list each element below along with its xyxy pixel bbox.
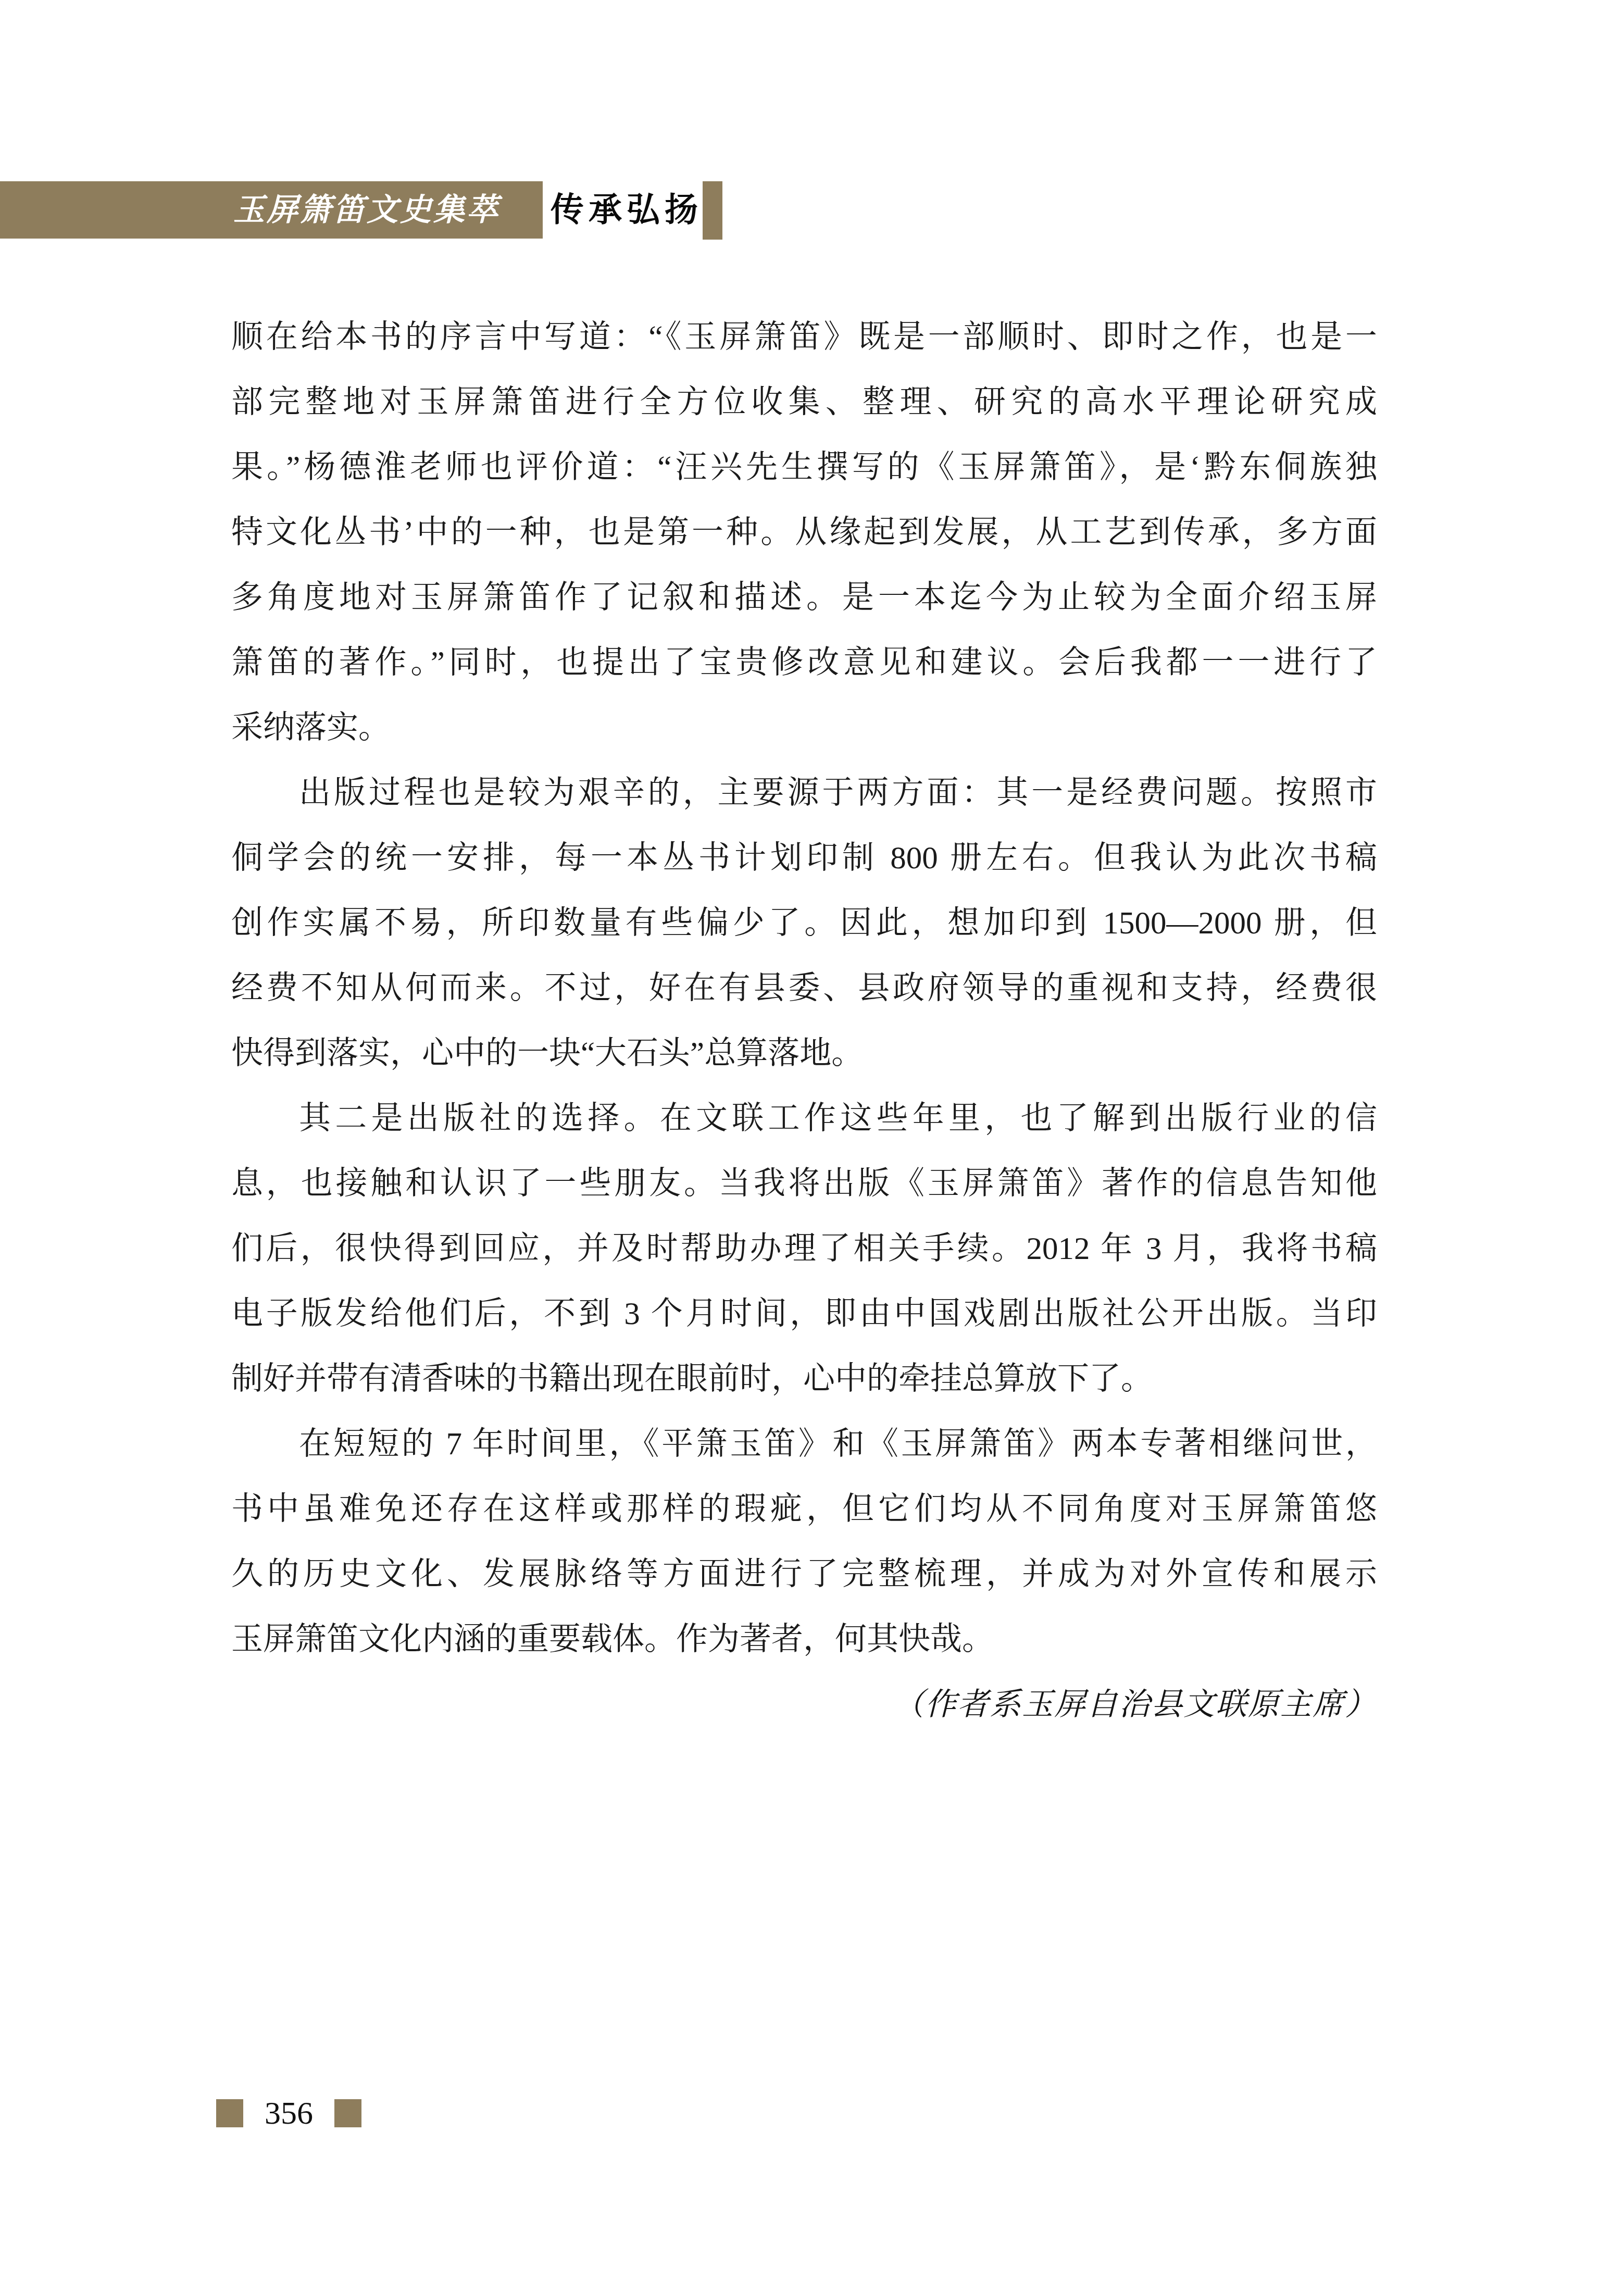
body-line: 制好并带有清香味的书籍出现在眼前时，心中的牵挂总算放下了。 [231,1347,1377,1412]
body-line: 创作实属不易，所印数量有些偏少了。因此，想加印到 1500—2000 册，但 [231,891,1377,956]
page-number-marker-left [216,2099,243,2127]
book-page: 玉屏箫笛文史集萃 传承弘扬 顺在给本书的序言中写道：“《玉屏箫笛》既是一部顺时、… [0,0,1624,2269]
series-title-calligraphy: 玉屏箫笛文史集萃 [233,181,500,239]
body-line: 电子版发给他们后，不到 3 个月时间，即由中国戏剧出版社公开出版。当印 [231,1281,1377,1347]
page-footer: 356 [216,2099,361,2127]
page-number-marker-right [334,2099,361,2127]
body-line: 们后，很快得到回应，并及时帮助办理了相关手续。2012 年 3 月，我将书稿 [231,1216,1377,1281]
body-line: 特文化丛书’中的一种，也是第一种。从缘起到发展，从工艺到传承，多方面 [231,500,1377,565]
body-line: 经费不知从何而来。不过，好在有县委、县政府领导的重视和支持，经费很 [231,956,1377,1021]
body-line: 出版过程也是较为艰辛的，主要源于两方面：其一是经费问题。按照市 [231,761,1377,826]
header-accent-bar [703,181,722,240]
body-line: 其二是出版社的选择。在文联工作这些年里，也了解到出版行业的信 [231,1086,1377,1151]
body-line: 息，也接触和认识了一些朋友。当我将出版《玉屏箫笛》著作的信息告知他 [231,1151,1377,1216]
body-line: 快得到落实，心中的一块“大石头”总算落地。 [231,1021,1377,1086]
page-number: 356 [243,2099,334,2127]
section-label: 传承弘扬 [551,181,703,239]
body-line: 多角度地对玉屏箫笛作了记叙和描述。是一本迄今为止较为全面介绍玉屏 [231,565,1377,630]
body-line: 在短短的 7 年时间里，《平箫玉笛》和《玉屏箫笛》两本专著相继问世， [231,1412,1377,1477]
body-line: 采纳落实。 [231,695,1377,761]
body-line: 玉屏箫笛文化内涵的重要载体。作为著者，何其快哉。 [231,1607,1377,1672]
body-line: 果。”杨德淮老师也评价道：“汪兴先生撰写的《玉屏箫笛》，是‘黔东侗族独 [231,435,1377,500]
body-text: 顺在给本书的序言中写道：“《玉屏箫笛》既是一部顺时、即时之作，也是一部完整地对玉… [231,305,1377,1737]
attribution-line: （作者系玉屏自治县文联原主席） [231,1672,1377,1737]
body-line: 侗学会的统一安排，每一本丛书计划印制 800 册左右。但我认为此次书稿 [231,826,1377,891]
body-line: 书中虽难免还存在这样或那样的瑕疵，但它们均从不同角度对玉屏箫笛悠 [231,1477,1377,1542]
body-line: 箫笛的著作。”同时，也提出了宝贵修改意见和建议。会后我都一一进行了 [231,630,1377,695]
body-line: 久的历史文化、发展脉络等方面进行了完整梳理，并成为对外宣传和展示 [231,1542,1377,1607]
body-line: 部完整地对玉屏箫笛进行全方位收集、整理、研究的高水平理论研究成 [231,370,1377,435]
body-line: 顺在给本书的序言中写道：“《玉屏箫笛》既是一部顺时、即时之作，也是一 [231,305,1377,370]
